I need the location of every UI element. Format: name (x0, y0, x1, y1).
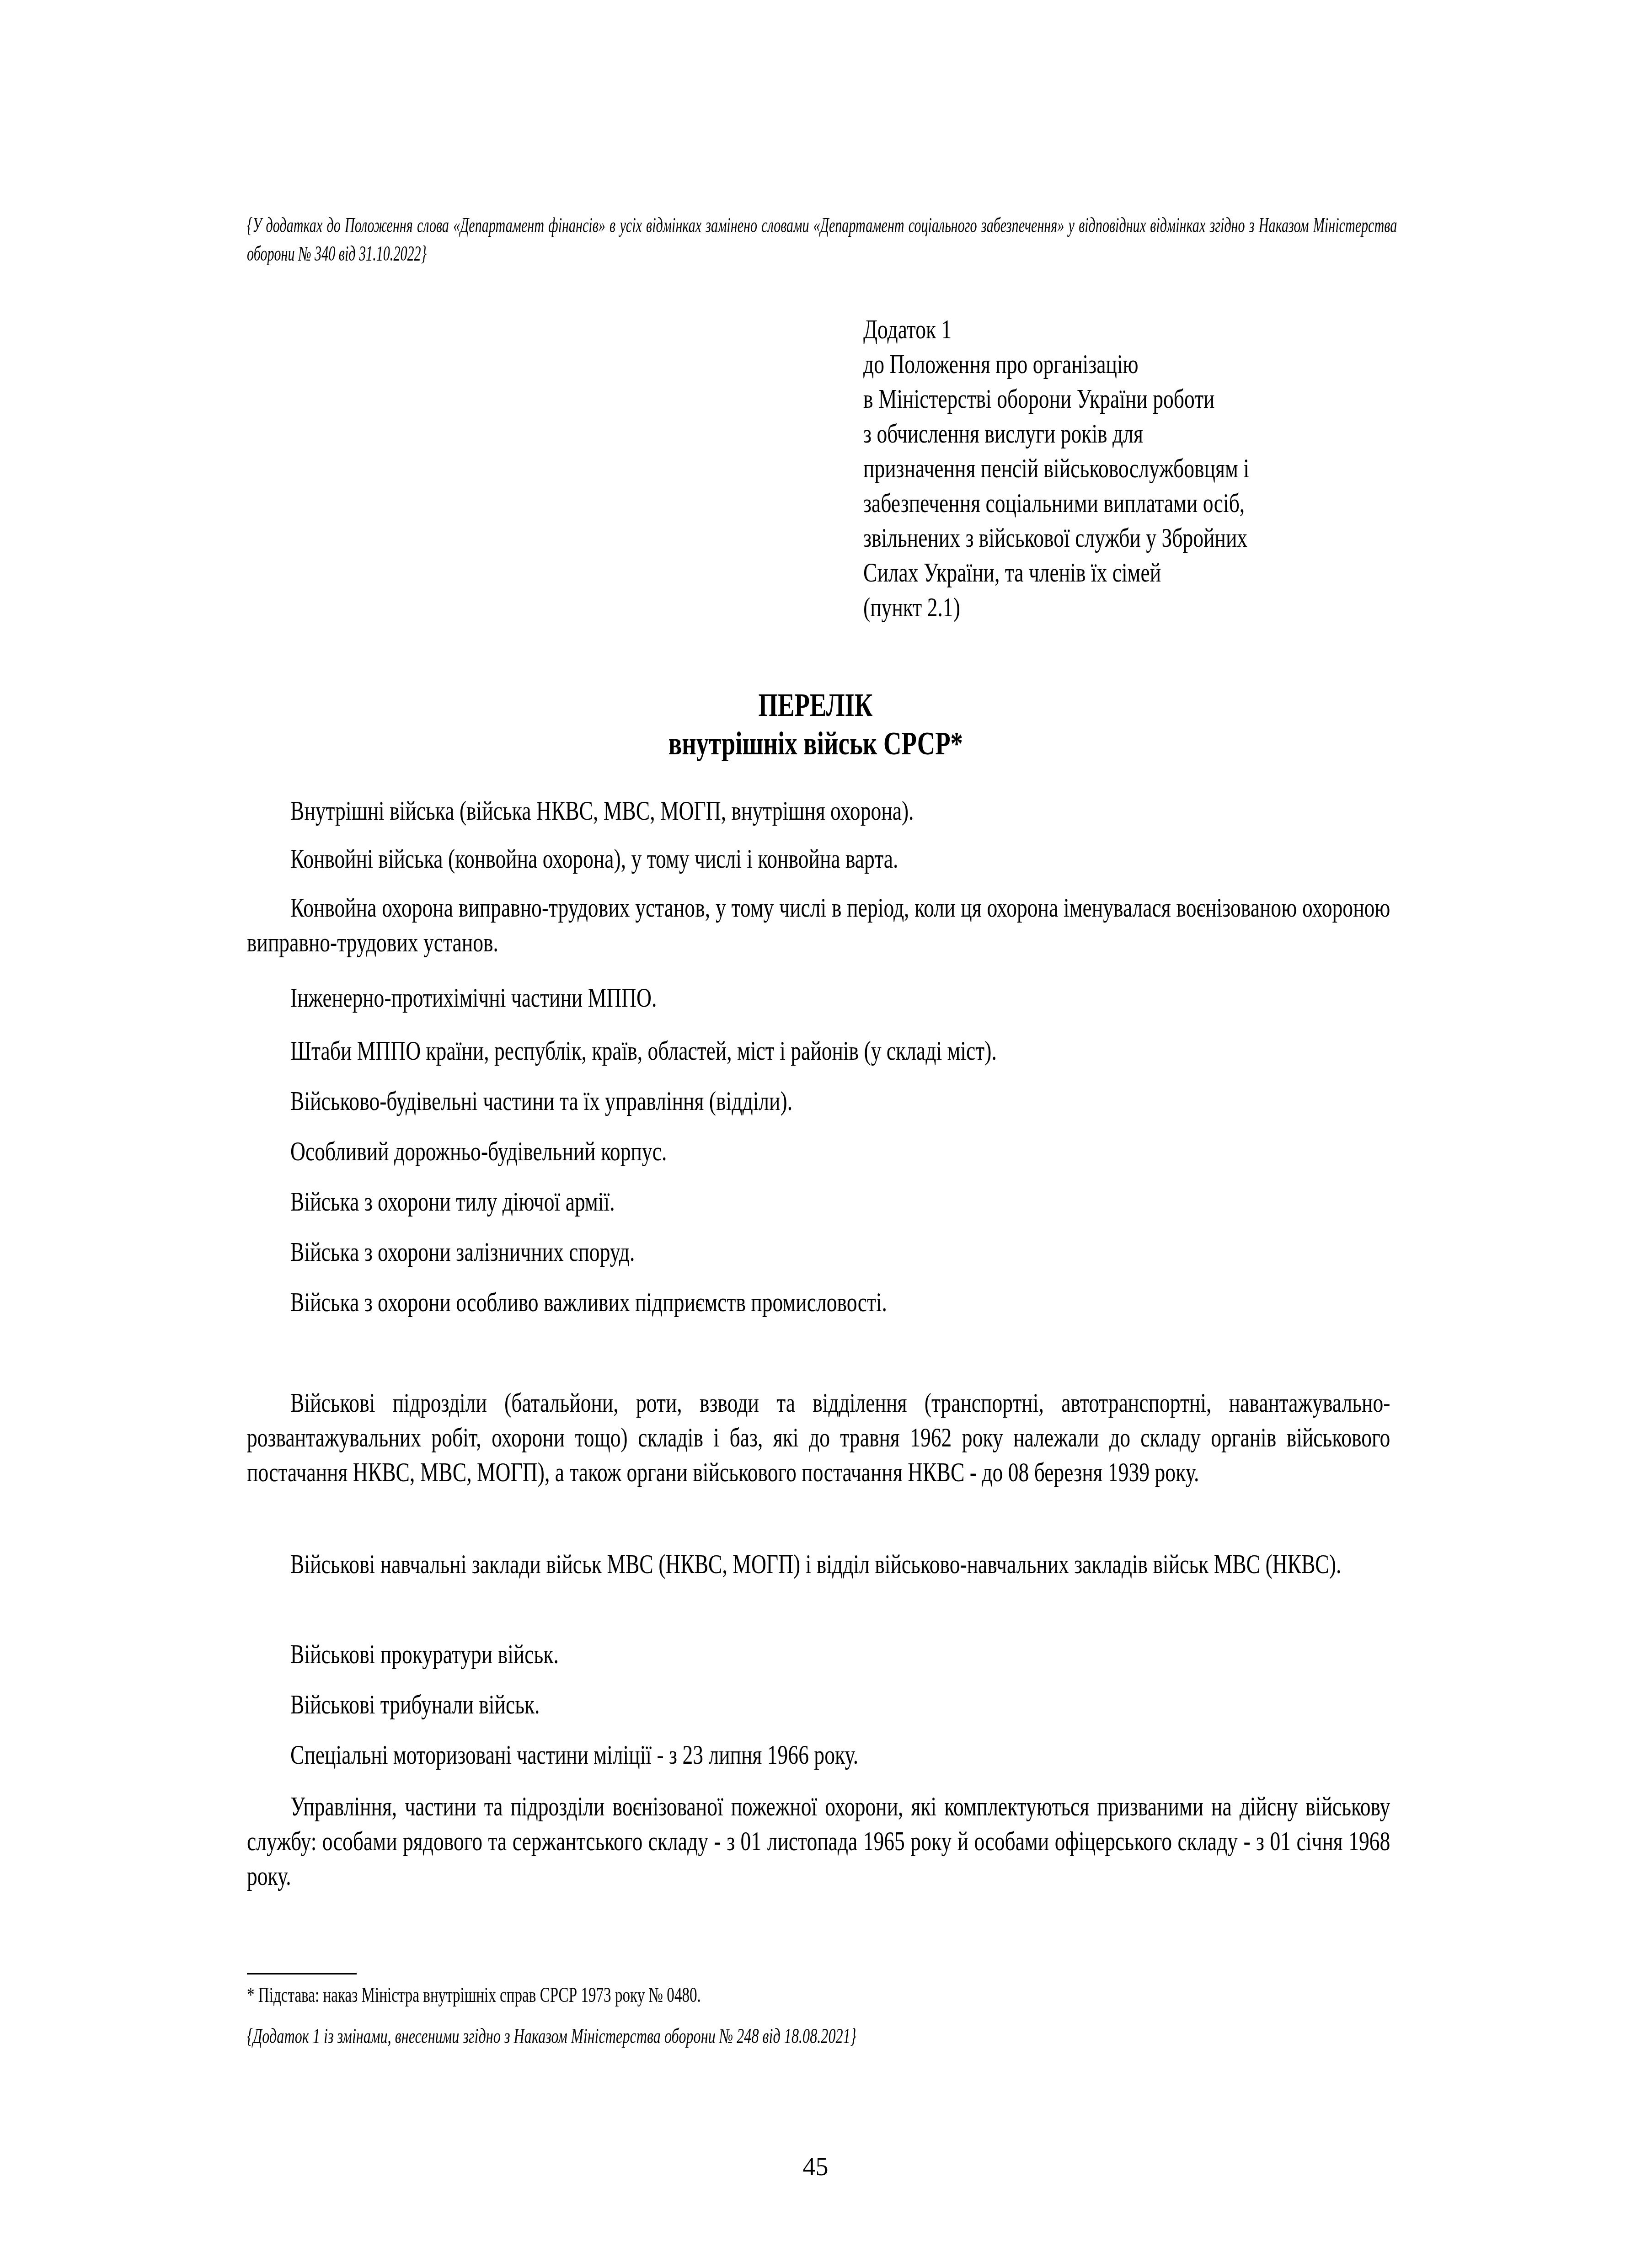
list-item: Особливий дорожньо-будівельний корпус. (247, 1134, 1631, 1169)
list-heading: ПЕРЕЛІК внутрішніх військ СРСР* (0, 686, 1631, 763)
annex-header-line: звільнених з військової служби у Збройни… (863, 520, 1249, 555)
list-item: Управління, частини та підрозділи воєніз… (247, 1789, 1631, 1893)
annex-header-line: з обчислення вислуги років для (863, 416, 1249, 451)
list-item: Конвойна охорона виправно-трудових устан… (247, 890, 1631, 960)
amendment-note-top: {У додатках до Положення слова «Департам… (247, 211, 1397, 268)
annex-header-line: призначення пенсій військовослужбовцям і (863, 451, 1249, 486)
list-item: Спеціальні моторизовані частини міліції … (247, 1737, 1631, 1772)
list-item: Внутрішні війська (війська НКВС, МВС, МО… (247, 793, 1390, 828)
annex-header-line: (пункт 2.1) (863, 590, 1249, 624)
annex-header-line: в Міністерстві оборони України роботи (863, 381, 1249, 416)
annex-header-line: Силах України, та членів їх сімей (863, 555, 1249, 590)
page-title: ПЕРЕЛІК (758, 686, 872, 724)
list-item: Війська з охорони тилу діючої армії. (247, 1184, 1631, 1219)
list-item: Військово-будівельні частини та їх управ… (247, 1083, 1631, 1118)
list-item: Військові підрозділи (батальйони, роти, … (247, 1385, 1631, 1489)
list-item: Військові трибунали військ. (247, 1687, 1631, 1722)
annex-header-line: Додаток 1 (863, 312, 1249, 347)
amendment-note-bottom: {Додаток 1 із змінами, внесеними згідно … (247, 2023, 856, 2050)
footnote: * Підстава: наказ Міністра внутрішніх сп… (247, 1981, 701, 2009)
list-body: Внутрішні війська (війська НКВС, МВС, МО… (247, 793, 1390, 828)
footnote-separator (247, 1973, 357, 1974)
list-item: Інженерно-протихімічні частини МППО. (247, 980, 1631, 1015)
document-page: {У додатках до Положення слова «Департам… (0, 0, 1631, 2268)
annex-header: Додаток 1 до Положення про організацію в… (863, 312, 1249, 624)
page-number: 45 (0, 2153, 1631, 2181)
list-item: Конвойні війська (конвойна охорона), у т… (247, 841, 1631, 876)
list-item: Військові навчальні заклади військ МВС (… (247, 1547, 1631, 1581)
list-item: Війська з охорони особливо важливих підп… (247, 1285, 1631, 1319)
annex-header-line: забезпечення соціальними виплатами осіб, (863, 486, 1249, 520)
list-item: Штаби МППО країни, республік, країв, обл… (247, 1033, 1631, 1068)
list-item: Війська з охорони залізничних споруд. (247, 1234, 1631, 1269)
list-item: Військові прокуратури військ. (247, 1637, 1631, 1671)
annex-header-line: до Положення про організацію (863, 347, 1249, 381)
page-subtitle: внутрішніх військ СРСР* (668, 724, 963, 763)
